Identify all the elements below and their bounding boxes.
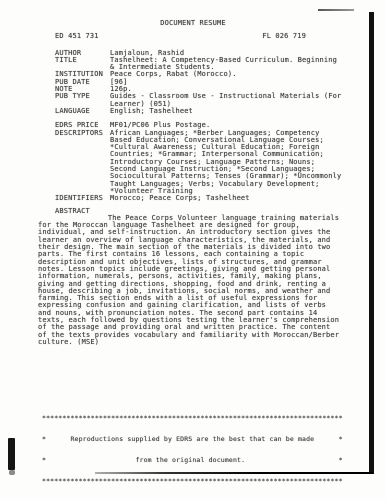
eric-document-resume: DOCUMENT RESUME ED 451 731 FL 026 719 AU… [0, 20, 386, 499]
field-label: TITLE [55, 57, 110, 72]
clearinghouse-number: FL 026 719 [262, 33, 306, 40]
scan-artifact-top-line [318, 9, 354, 11]
field-label: PUB TYPE [55, 93, 110, 108]
field-value: African Languages; *Berber Languages; Co… [110, 130, 341, 196]
edrs-notice-line1: * Reproductions supplied by EDRS are the… [42, 436, 386, 443]
accession-numbers-row: ED 451 731 FL 026 719 [0, 33, 386, 40]
edrs-notice-border-bottom: ****************************************… [42, 478, 386, 485]
field-row-language: LANGUAGE English; Tashelheet [0, 108, 386, 115]
field-value: Peace Corps, Rabat (Morocco). [110, 71, 237, 78]
field-value: Tashelheet: A Competency-Based Curriculu… [110, 57, 337, 72]
field-row-title: TITLE Tashelheet: A Competency-Based Cur… [0, 57, 386, 72]
field-label: IDENTIFIERS [55, 195, 110, 202]
edrs-reproduction-notice: ****************************************… [0, 401, 386, 499]
field-row-descriptors: DESCRIPTORS African Languages; *Berber L… [0, 130, 386, 196]
field-row-pub-type: PUB TYPE Guides - Classroom Use - Instru… [0, 93, 386, 108]
scan-artifact-bottom-line [95, 472, 373, 474]
field-row-identifiers: IDENTIFIERS Morocco; Peace Corps; Tashel… [0, 195, 386, 202]
scan-artifact-left-blob [8, 438, 15, 470]
field-label: LANGUAGE [55, 108, 110, 115]
ed-number: ED 451 731 [55, 33, 99, 40]
field-label: DESCRIPTORS [55, 130, 110, 196]
abstract-text: The Peace Corps Volunteer language train… [38, 215, 356, 346]
field-value: Guides - Classroom Use - Instructional M… [110, 93, 341, 108]
edrs-notice-line2: * from the original document. * [42, 457, 386, 464]
scan-artifact-right-bar [369, 12, 374, 474]
field-value: Morocco; Peace Corps; Tashelheet [110, 195, 250, 202]
field-value: English; Tashelheet [110, 108, 193, 115]
scan-artifact-left-smudge [9, 470, 15, 475]
scanned-document-page: DOCUMENT RESUME ED 451 731 FL 026 719 AU… [0, 0, 386, 500]
document-resume-heading: DOCUMENT RESUME [0, 20, 386, 27]
edrs-notice-border-top: ****************************************… [42, 415, 386, 422]
